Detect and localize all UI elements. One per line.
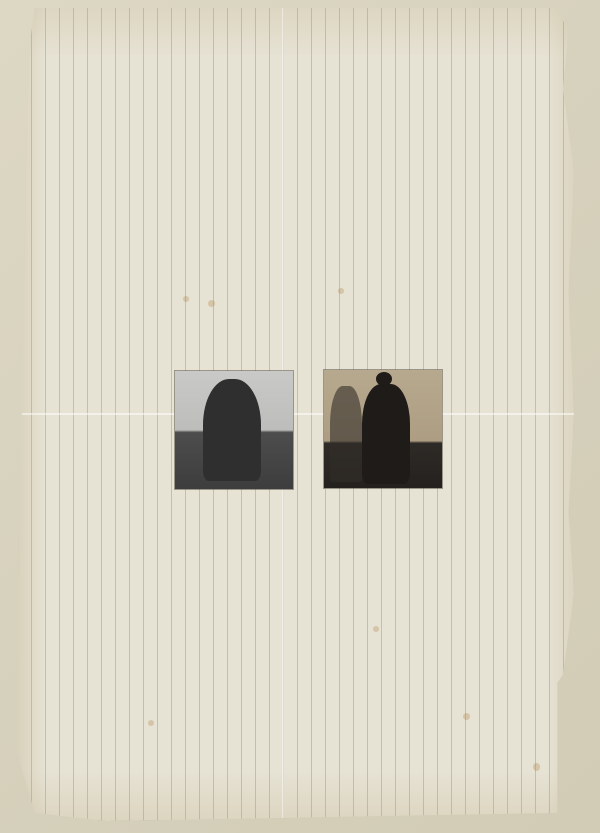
left-photo (175, 371, 293, 489)
stain (208, 300, 215, 307)
right-photo (324, 370, 442, 488)
stain (183, 296, 189, 302)
figure-head (376, 372, 392, 386)
stain (148, 720, 154, 726)
stain (373, 626, 379, 632)
stain (463, 713, 470, 720)
dark-figure (362, 384, 410, 484)
figure-shadow (330, 386, 362, 482)
stain (533, 763, 540, 771)
coated-figure (203, 379, 261, 481)
fold-line-horizontal (18, 413, 574, 415)
ruled-paper-sheet (18, 8, 574, 821)
stain (338, 288, 344, 294)
